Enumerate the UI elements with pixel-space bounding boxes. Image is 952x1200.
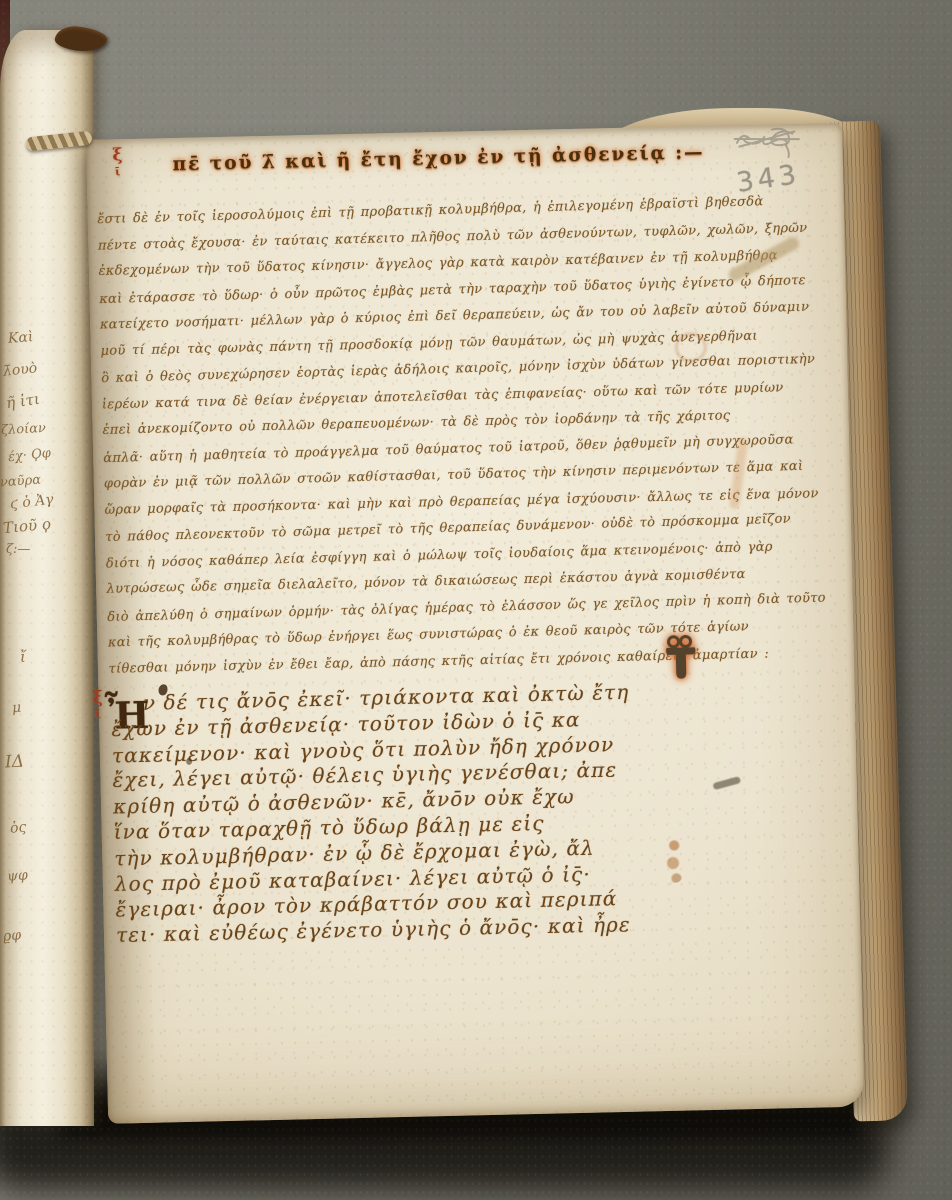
facing-page-text-fragment: ῆ ἰτι [5, 390, 41, 413]
facing-page-text-fragment: Καὶ [7, 329, 33, 347]
facing-page-text-fragment: Τιοῦ ϙ [2, 515, 51, 537]
gospel-lemma-block: Ἦ ν δέ τις ἄνο̄ς ἐκεῖ· τριάκοντα καὶ ὀκτ… [111, 678, 717, 950]
pencil-marks: 343 [732, 119, 848, 196]
facing-page-text-fragment: ζλοίαν [1, 421, 47, 438]
facing-page-text-fragment: μ [11, 700, 21, 717]
siglum-letter: ξ [92, 688, 103, 708]
margin-siglum-lemma: ξ ϊ [92, 690, 103, 720]
facing-page-text-fragment: ναῦρα [0, 473, 41, 491]
facing-page-text-fragment: έχ· Ϙφ [7, 446, 51, 465]
dark-smudge-stain [712, 776, 741, 790]
rubric-title: πε̄ τοῦ λ̄ καὶ ῆ ἔτη ἔχον ἐν τῇ ἀσθενείᾳ… [172, 141, 732, 175]
margin-siglum-header: ξ ῑ [112, 147, 123, 177]
manuscript-recto-page: 343 ξ ῑ πε̄ τοῦ λ̄ καὶ ῆ ἔτη ἔχον ἐν τῇ … [86, 123, 864, 1124]
facing-page-text-fragment: ἴ [20, 648, 26, 666]
siglum-sub: ϊ [93, 709, 103, 720]
tau-margin-mark-icon [663, 634, 698, 683]
facing-page-text-fragment: ψφ [6, 867, 28, 884]
facing-page-roll: Καὶλ̄ουὸῆ ἰτιζλοίανέχ· Ϙφναῦραϛ ὁ ἈγΤιοῦ… [0, 30, 94, 1126]
commentary-text-block: ἔστι δὲ ἐν τοῖς ἱεροσολύμοις ἐπὶ τῇ προβ… [97, 191, 739, 684]
pencil-scribble-strokes [732, 122, 809, 163]
facing-page-text-fragment: λ̄ουὸ [2, 360, 38, 379]
siglum-sub: ῑ [113, 166, 123, 177]
facing-page-text-fragment: ϱφ [2, 927, 21, 945]
facing-page-text-fragment: ϛ ὁ Ἀγ [9, 491, 54, 512]
lemma-lines: ν δέ τις ἄνο̄ς ἐκεῖ· τριάκοντα καὶ ὀκτὼ … [111, 678, 717, 950]
facing-page-text-fragment: ζ:— [6, 542, 30, 557]
facing-page-text-fragment: ΙΔ [4, 752, 24, 773]
manuscript-photo: Καὶλ̄ουὸῆ ἰτιζλοίανέχ· Ϙφναῦραϛ ὁ ἈγΤιοῦ… [0, 0, 952, 1200]
facing-page-text-fragment: ὁς [9, 819, 27, 837]
siglum-letter: ξ [112, 145, 123, 165]
